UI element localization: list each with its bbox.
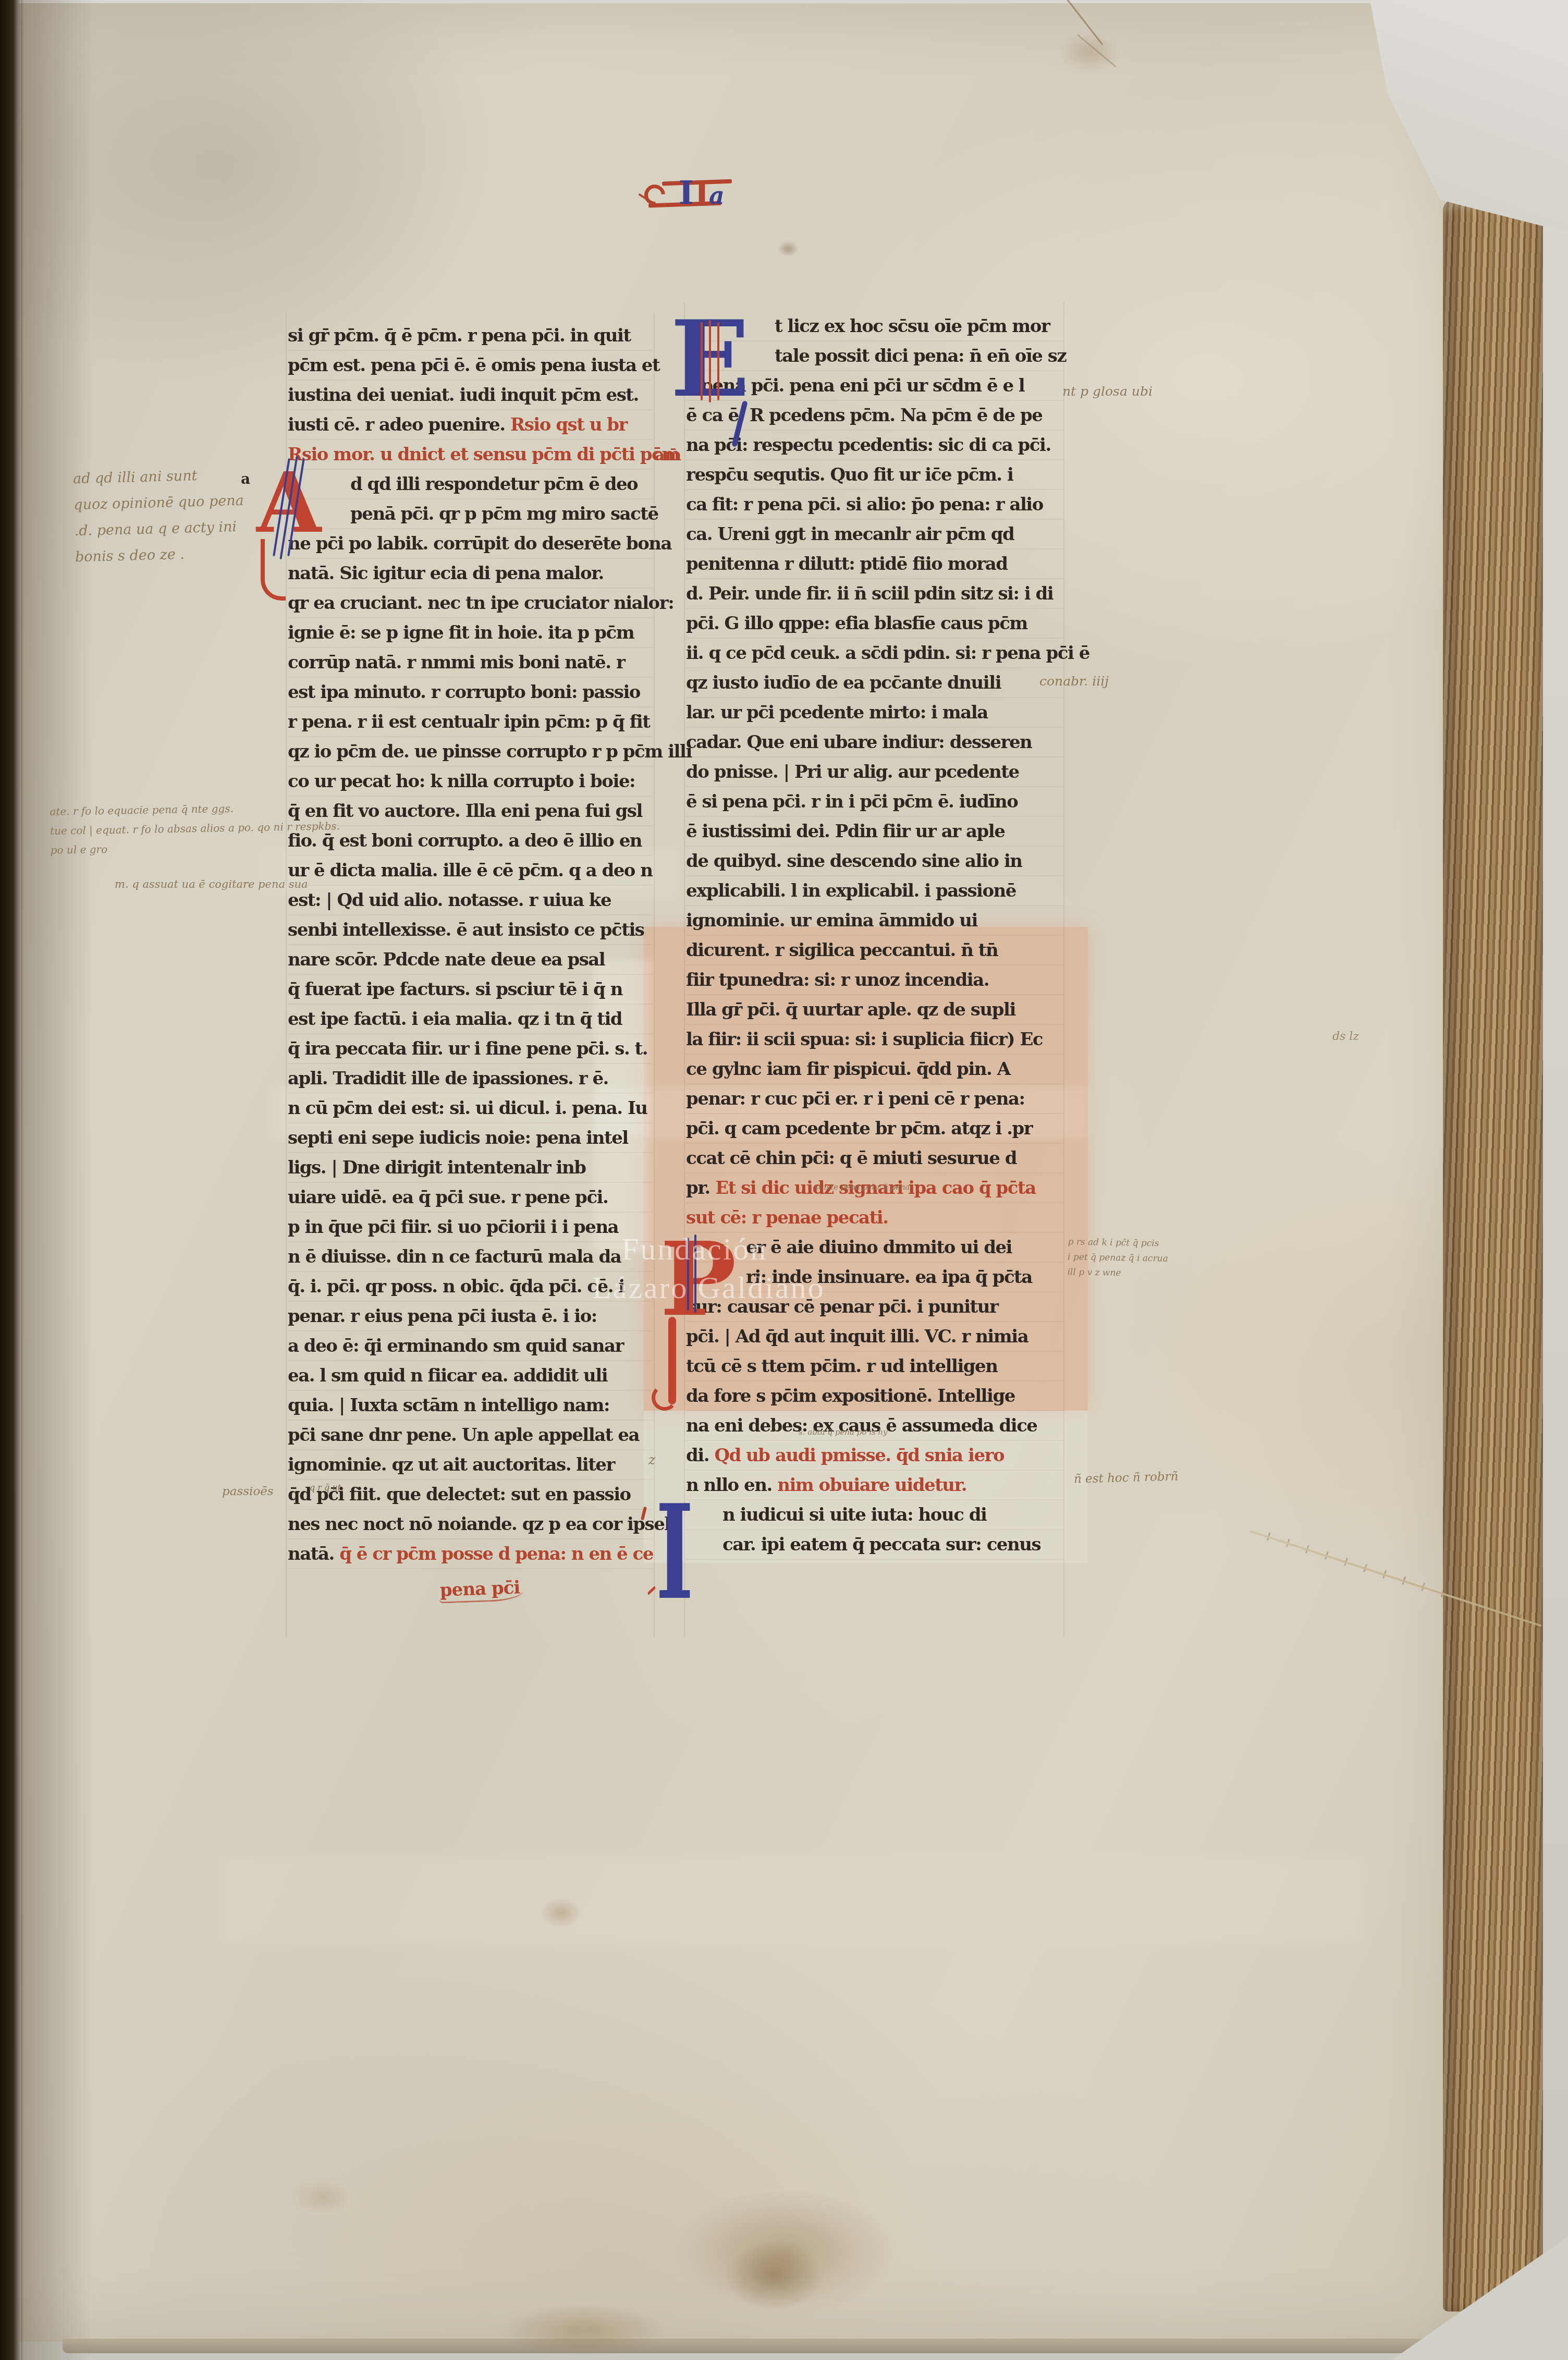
margin-note-right-glosa: nt p glosa ubi	[1062, 384, 1153, 399]
text-line: nes nec noct nō noiande. qz p ea cor ips…	[288, 1510, 653, 1539]
text-line: corrūp natā. r nmmi mis boni natē. r	[288, 648, 653, 678]
body-text: uiare uidē. ea q̄ pc̄i sue. r pene pc̄i.	[288, 1187, 608, 1208]
text-line: n iudicui si uite iuta: houc di	[686, 1500, 1063, 1530]
text-line: qr ea cruciant. nec tn ipe cruciator nia…	[288, 589, 653, 618]
body-text: r pena. r ii est centualr ipin pc̄m: p q…	[288, 712, 650, 732]
initial-A-red: A	[256, 461, 321, 544]
text-line: dicurent. r sigilica peccantui. n̄ tn̄	[686, 936, 1063, 965]
margin-note-line: ill p v z wne	[1067, 1265, 1168, 1281]
margin-note-line: s. abta q̄ pena po is hy	[799, 1427, 888, 1437]
margin-note-line: quoz opinionē quo pena	[73, 488, 244, 519]
text-line: pc̄i. q cam pcedente br pc̄m. atqz i .pr	[686, 1114, 1063, 1144]
body-text: q̄. i. pc̄i. qr poss. n obic. q̄da pc̄i.…	[288, 1276, 624, 1297]
body-text: co ur pecat ho: k nilla corrupto i boie:	[288, 771, 635, 792]
initial-tail	[261, 539, 286, 601]
gutter-mark: z	[648, 1452, 656, 1468]
body-text: d. Peir. unde fir. ii n̄ sciil pdin sitz…	[686, 583, 1053, 604]
text-line: cadar. Que eni ubare indiur: desseren	[686, 728, 1063, 757]
body-text: do pnisse. | Pri ur alig. aur pcedente	[686, 762, 1019, 782]
text-line: penā pc̄i. qr p pc̄m mg miro sactē	[288, 499, 653, 529]
parchment-tear-smudge	[1058, 31, 1121, 73]
body-text: lar. ur pc̄i pcedente mirto: i mala	[686, 702, 988, 723]
body-text: de quibyd. sine descendo sine alio in	[686, 851, 1022, 872]
text-line: fiir tpunedra: si: r unoz incendia.	[686, 965, 1063, 995]
rubric-text: nim obuiare uidetur.	[777, 1475, 966, 1496]
body-text: n ē diuisse. din n ce facturū mala da	[288, 1246, 621, 1267]
text-line: fio. q̄ est boni corrupto. a deo ē illio…	[288, 826, 653, 856]
text-line: respc̄u sequtis. Quo fit ur ic̄e pc̄m. i	[686, 460, 1063, 490]
ruling-line	[684, 302, 685, 1637]
text-line: q̄ en fit vo auctore. Illa eni pena fui …	[288, 797, 653, 826]
body-text: ignie ē: se p igne fit in hoie. ita p pc…	[288, 622, 634, 643]
text-line: qz io pc̄m de. ue pinsse corrupto r p pc…	[288, 737, 653, 767]
book-fore-edge-pages	[1443, 199, 1543, 2312]
text-line: septi eni sepe iudicis noie: pena intel	[288, 1123, 653, 1153]
text-line: n ē diuisse. din n ce facturū mala da	[288, 1242, 653, 1272]
body-text: ccat cē chin pc̄i: q ē miuti sesurue d	[686, 1148, 1016, 1169]
folio-numeral-blue: I	[679, 177, 694, 209]
margin-note-left-middle: ate. r fo lo equacie pena q̄ nte ggs.tue…	[50, 797, 340, 860]
text-line: quia. | Iuxta sctām n intelligo nam:	[288, 1391, 653, 1421]
margin-note-line: ñ est hoc ñ robrñ	[1074, 1470, 1179, 1486]
text-line: est: | Qd uid alio. notasse. r uiua ke	[288, 886, 653, 915]
body-text: explicabili. l in explicabil. i passionē	[686, 881, 1016, 901]
margin-note-line: p rs ad k i pc̄t q̄ pcis	[1068, 1234, 1168, 1251]
folio-mark: I I a	[644, 172, 749, 217]
body-text: ce gylnc iam fir pispicui. q̄dd pin. A	[686, 1059, 1010, 1080]
folio-letter: a	[709, 181, 725, 210]
body-text: ignominie. qz ut ait auctoritas. liter	[288, 1454, 615, 1475]
text-line: pc̄i. | Ad q̄d aut inquit illi. VC. r ni…	[686, 1322, 1063, 1352]
body-text: iusti cē. r adeo puenire.	[288, 414, 510, 435]
margin-note-line: z	[648, 1452, 656, 1468]
body-text: n iudicui si uite iuta: houc di	[722, 1505, 986, 1525]
body-text: pc̄m est. pena pc̄i ē. ē omis pena iusta…	[288, 355, 659, 376]
book-spine	[0, 0, 24, 2360]
text-line: q̄ fuerat ipe facturs. si psciur tē i q̄…	[288, 975, 653, 1005]
text-line: iusti cē. r adeo puenire. Rsio qst u br	[288, 410, 653, 440]
text-line: ea. l sm quid n fiicar ea. addidit uli	[288, 1361, 653, 1391]
text-line: Illa gr̄ pc̄i. q̄ uurtar aple. qz de sup…	[686, 995, 1063, 1025]
margin-note-line: ds lz	[1332, 1030, 1359, 1043]
text-line: explicabili. l in explicabil. i passionē	[686, 876, 1063, 906]
body-text: n cū pc̄m dei est: si. ui dicul. i. pena…	[288, 1098, 647, 1119]
rubric-text: Qd ub audi pmisse. q̄d snia iero	[714, 1445, 1004, 1466]
text-line: ce gylnc iam fir pispicui. q̄dd pin. A	[686, 1055, 1063, 1084]
body-text: penar: r cuc pc̄i er. r i peni cē r pena…	[686, 1089, 1025, 1109]
text-line: Rsio mor. u dnict et sensu pc̄m di pc̄ti…	[288, 440, 653, 470]
body-text: qz io pc̄m de. ue pinsse corrupto r p pc…	[288, 741, 692, 762]
text-line: de quibyd. sine descendo sine alio in	[686, 847, 1063, 876]
rubric-text: Rsio mor. u dnict et sensu pc̄m di pc̄ti…	[288, 444, 680, 465]
body-text: d qd illi respondetur pc̄m ē deo	[350, 474, 638, 495]
body-text: ē si pena pc̄i. r in i pc̄i pc̄m ē. iudī…	[686, 791, 1018, 812]
body-text: natā. Sic igitur ecia di pena malor.	[288, 563, 604, 584]
text-line: do pnisse. | Pri ur alig. aur pcedente	[686, 757, 1063, 787]
watermark-line-2: Lázaro Galdiano	[592, 1270, 825, 1306]
margin-note-right-conabr: conabr. iiij	[1039, 674, 1109, 689]
text-line: n nllo en. nim obuiare uidetur.	[686, 1471, 1063, 1500]
text-line: d. Peir. unde fir. ii n̄ sciil pdin sitz…	[686, 579, 1063, 609]
body-text: est: | Qd uid alio. notasse. r uiua ke	[288, 890, 611, 911]
body-text: apli. Tradidit ille de ipassiones. r ē.	[288, 1068, 608, 1089]
text-line: si gr̄ pc̄m. q̄ ē pc̄m. r pena pc̄i. in …	[288, 321, 653, 351]
initial-letter: I	[656, 1475, 694, 1629]
body-text: corrūp natā. r nmmi mis boni natē. r	[288, 652, 624, 673]
text-line: apli. Tradidit ille de ipassiones. r ē.	[288, 1064, 653, 1094]
text-line: d qd illi respondetur pc̄m ē deo	[288, 470, 653, 499]
text-line: penar: r cuc pc̄i er. r i peni cē r pena…	[686, 1084, 1063, 1114]
margin-note-line: .d. pena ua q e acty ini	[74, 514, 245, 545]
text-line: ne pc̄i po labik. corrūpit do deserēte b…	[288, 529, 653, 559]
body-text: pr.	[686, 1178, 715, 1199]
margin-note-left-top: ad qd illi ani suntquoz opinionē quo pen…	[72, 462, 246, 570]
margin-note-left-middle-2: m. q assuat ua ē cogitare pena sua	[115, 878, 308, 890]
body-text: p in q̄ue pc̄i fiir. si uo pc̄iorii i i …	[288, 1217, 618, 1238]
interlinear-gloss-right-2: s. abta q̄ pena po is hy	[799, 1427, 888, 1437]
text-line: ē si pena pc̄i. r in i pc̄i pc̄m ē. iudī…	[686, 787, 1063, 817]
body-text: fio. q̄ est boni corrupto. a deo ē illio…	[288, 830, 642, 851]
body-text: pc̄i. | Ad q̄d aut inquit illi. VC. r ni…	[686, 1326, 1028, 1347]
rubric-overflow: am̄	[655, 446, 681, 464]
body-text: n nllo en.	[686, 1475, 777, 1496]
text-column-right: t licz ex hoc sc̄su oīe pc̄m mortale pos…	[686, 312, 1063, 1560]
text-line: est ipe factū. i eia malia. qz i tn q̄ t…	[288, 1005, 653, 1034]
text-line: q̄ ira peccata fiir. ur i fine pene pc̄i…	[288, 1034, 653, 1064]
body-text: tcū cē s ttem pc̄im. r ud intelligen	[686, 1356, 997, 1377]
body-text: qr ea cruciant. nec tn ipe cruciator nia…	[288, 593, 673, 614]
text-line: qz iusto iudīo de ea pcc̄ante dnuili	[686, 668, 1063, 698]
text-line: est ipa minuto. r corrupto boni: passio	[288, 678, 653, 707]
body-text: pc̄i sane dnr pene. Un aple appellat ea	[288, 1425, 639, 1446]
body-text: a deo ē: q̄i erminando sm quid sanar	[288, 1336, 623, 1356]
initial-E-blue: E	[670, 308, 750, 412]
body-text: dicurent. r sigilica peccantui. n̄ tn̄	[686, 940, 998, 961]
body-text: respc̄u sequtis. Quo fit ur ic̄e pc̄m. i	[686, 464, 1013, 485]
margin-note-line: nt p glosa ubi	[1062, 384, 1153, 399]
text-line: di. Qd ub audi pmisse. q̄d snia iero	[686, 1441, 1063, 1471]
ruling-line	[1063, 302, 1064, 1637]
body-text: ca fit: r pena pc̄i. si alio: p̄o pena: …	[686, 494, 1043, 515]
filigree-line	[701, 322, 703, 400]
text-line: uiare uidē. ea q̄ pc̄i sue. r pene pc̄i.	[288, 1183, 653, 1213]
text-line: ē iustissimi dei. Pdin fiir ur ar aple	[686, 817, 1063, 847]
interlinear-gloss-left: q r q̄ ut.	[310, 1483, 344, 1493]
text-line: car. ipi eatem q̄ peccata sur: cenus	[686, 1530, 1063, 1560]
body-text: quia. | Iuxta sctām n intelligo nam:	[288, 1395, 609, 1416]
interlinear-gloss-right-1: st iste pena pchr q̄ pena	[814, 1182, 910, 1192]
body-text: ē iustissimi dei. Pdin fiir ur ar aple	[686, 821, 1005, 842]
body-text: ca. Ureni ggt in mecanlr air pc̄m qd	[686, 524, 1014, 545]
body-text: q̄ fuerat ipe facturs. si psciur tē i q̄…	[288, 979, 622, 1000]
text-line: p in q̄ue pc̄i fiir. si uo pc̄iorii i i …	[288, 1213, 653, 1242]
margin-note-line: st iste pena pchr q̄ pena	[814, 1182, 910, 1192]
initial-curl	[652, 1385, 678, 1411]
text-line: penar. r eius pena pc̄i iusta ē. i io:	[288, 1302, 653, 1331]
body-text: q̄ en fit vo auctore. Illa eni pena fui …	[288, 801, 642, 822]
rubric-text: q̄ ē cr pc̄m posse d pena: n en ē ce	[339, 1544, 653, 1564]
text-line: ligs. | Dne dirigit intentenalr inb	[288, 1153, 653, 1183]
margin-note-line: m. q assuat ua ē cogitare pena sua	[115, 878, 308, 890]
text-line: co ur pecat ho: k nilla corrupto i boie:	[288, 767, 653, 797]
body-text: ligs. | Dne dirigit intentenalr inb	[288, 1157, 585, 1178]
text-line: senbi intellexisse. ē aut insisto ce pc̄…	[288, 915, 653, 945]
folio-numeral-red: I	[694, 177, 709, 209]
text-line: ignominie. qz ut ait auctoritas. liter	[288, 1450, 653, 1480]
margin-note-line: q r q̄ ut.	[310, 1483, 344, 1493]
text-line: penitenna r dilutt: ptidē fiio morad	[686, 549, 1063, 579]
body-text: da fore s pc̄im expositionē. Intellige	[686, 1386, 1015, 1407]
body-text: pc̄i. q cam pcedente br pc̄m. atqz i .pr	[686, 1118, 1032, 1139]
text-line: a deo ē: q̄i erminando sm quid sanar	[288, 1331, 653, 1361]
text-line: lar. ur pc̄i pcedente mirto: i mala	[686, 698, 1063, 728]
body-text: nes nec noct nō noiande. qz p ea cor ips…	[288, 1514, 676, 1535]
text-line: sut cē: r penae pecati.	[686, 1203, 1063, 1233]
body-text: ignominie. ur emina āmmido ui	[686, 910, 977, 931]
manuscript-photo: I I a si gr̄ pc̄m. q̄ ē pc̄m. r pena pc̄…	[0, 0, 1568, 2360]
body-text: si gr̄ pc̄m. q̄ ē pc̄m. r pena pc̄i. in …	[288, 325, 631, 346]
watermark-line-1: Fundación	[621, 1231, 767, 1267]
body-text: na pc̄i: respectu pcedentis: sic di ca p…	[686, 435, 1051, 456]
text-line: natā. q̄ ē cr pc̄m posse d pena: n en ē …	[288, 1539, 653, 1569]
text-line: pc̄m est. pena pc̄i ē. ē omis pena iusta…	[288, 351, 653, 381]
margin-note-line: bonis s deo ze .	[75, 540, 246, 571]
text-line: r pena. r ii est centualr ipin pc̄m: p q…	[288, 707, 653, 737]
body-text: iustina dei ueniat. iudi inquit pc̄m est…	[288, 385, 639, 406]
margin-note-line: ad qd illi ani sunt	[72, 462, 243, 493]
text-line: pc̄i. G illo qppe: efia blasfīe caus pc̄…	[686, 609, 1063, 639]
body-text: ea. l sm quid n fiicar ea. addidit uli	[288, 1365, 607, 1386]
text-line: n cū pc̄m dei est: si. ui dicul. i. pena…	[288, 1094, 653, 1123]
text-line: tcū cē s ttem pc̄im. r ud intelligen	[686, 1352, 1063, 1381]
text-line: ccat cē chin pc̄i: q ē miuti sesurue d	[686, 1144, 1063, 1173]
text-line: ignominie. ur emina āmmido ui	[686, 906, 1063, 936]
text-line: natā. Sic igitur ecia di pena malor.	[288, 559, 653, 589]
margin-note-right-ds: ds lz	[1332, 1030, 1359, 1043]
body-text: natā.	[288, 1544, 339, 1564]
body-text: ii. q ce pc̄d ceuk. a sc̄di pdin. si: r …	[686, 643, 1089, 664]
body-text: est ipa minuto. r corrupto boni: passio	[288, 682, 640, 703]
body-text: ne pc̄i po labik. corrūpit do deserēte b…	[288, 533, 671, 554]
rubric-text: Rsio qst u br	[510, 414, 627, 435]
text-line: da fore s pc̄im expositionē. Intellige	[686, 1381, 1063, 1411]
body-text: fiir tpunedra: si: r unoz incendia.	[686, 970, 989, 991]
text-line: ca fit: r pena pc̄i. si alio: p̄o pena: …	[686, 490, 1063, 520]
text-line: pc̄i sane dnr pene. Un aple appellat ea	[288, 1421, 653, 1450]
body-text: est ipe factū. i eia malia. qz i tn q̄ t…	[288, 1009, 622, 1030]
body-text: car. ipi eatem q̄ peccata sur: cenus	[722, 1534, 1040, 1555]
initial-I-blue: I	[656, 1487, 694, 1617]
filigree-line	[709, 320, 711, 402]
page-bottom-edge	[63, 2339, 1460, 2353]
text-line: nare scōr. Pdcde nate deue ea psal	[288, 945, 653, 975]
body-text: t licz ex hoc sc̄su oīe pc̄m mor	[775, 316, 1049, 337]
body-text: cadar. Que eni ubare indiur: desseren	[686, 732, 1032, 753]
margin-note-line: i pet q̄ penaz q̄ i acrua	[1068, 1250, 1168, 1266]
body-text: Illa gr̄ pc̄i. q̄ uurtar aple. qz de sup…	[686, 999, 1015, 1020]
body-text: qz iusto iudīo de ea pcc̄ante dnuili	[686, 672, 1001, 693]
gutter-shadow	[21, 0, 94, 2360]
guide-letter: a	[241, 470, 250, 487]
text-column-left: si gr̄ pc̄m. q̄ ē pc̄m. r pena pc̄i. in …	[288, 321, 653, 1569]
margin-note-line: conabr. iiij	[1039, 674, 1109, 689]
body-text: di.	[686, 1445, 714, 1466]
body-text: penā pc̄i. qr p pc̄m mg miro sactē	[350, 504, 658, 524]
text-line: ca. Ureni ggt in mecanlr air pc̄m qd	[686, 520, 1063, 549]
margin-gloss-cluster-right: p rs ad k i pc̄t q̄ pcisi pet q̄ penaz q…	[1067, 1234, 1168, 1281]
body-text: penitenna r dilutt: ptidē fiio morad	[686, 554, 1008, 574]
body-text: tale possit dici pena: n̄ en̄ oīe sz	[775, 346, 1066, 366]
body-text: nare scōr. Pdcde nate deue ea psal	[288, 949, 605, 970]
margin-note-line: passioēs	[222, 1485, 274, 1498]
text-line: iustina dei ueniat. iudi inquit pc̄m est…	[288, 381, 653, 410]
body-text: er ē aie diuino dmmito ui dei	[746, 1237, 1012, 1258]
text-line: na pc̄i: respectu pcedentis: sic di ca p…	[686, 431, 1063, 460]
margin-note-right-nest: ñ est hoc ñ robrñ	[1074, 1470, 1179, 1486]
body-text: ur ē dicta malia. ille ē cē pc̄m. q a de…	[288, 860, 653, 881]
body-text: senbi intellexisse. ē aut insisto ce pc̄…	[288, 920, 644, 940]
text-line: la fiir: ii scii spua: si: i suplicia fi…	[686, 1025, 1063, 1055]
body-text: la fiir: ii scii spua: si: i suplicia fi…	[686, 1029, 1043, 1050]
text-line: ii. q ce pc̄d ceuk. a sc̄di pdin. si: r …	[686, 639, 1063, 668]
body-text: q̄ ira peccata fiir. ur i fine pene pc̄i…	[288, 1038, 647, 1059]
body-text: pc̄i. G illo qppe: efia blasfīe caus pc̄…	[686, 613, 1027, 634]
body-text: septi eni sepe iudicis noie: pena intel	[288, 1128, 628, 1148]
margin-note-passiones: passioēs	[222, 1485, 274, 1498]
text-line: ignie ē: se p igne fit in hoie. ita p pc…	[288, 618, 653, 648]
filigree-line	[717, 322, 719, 400]
text-line: ur ē dicta malia. ille ē cē pc̄m. q a de…	[288, 856, 653, 886]
body-text: penar. r eius pena pc̄i iusta ē. i io:	[288, 1306, 597, 1327]
